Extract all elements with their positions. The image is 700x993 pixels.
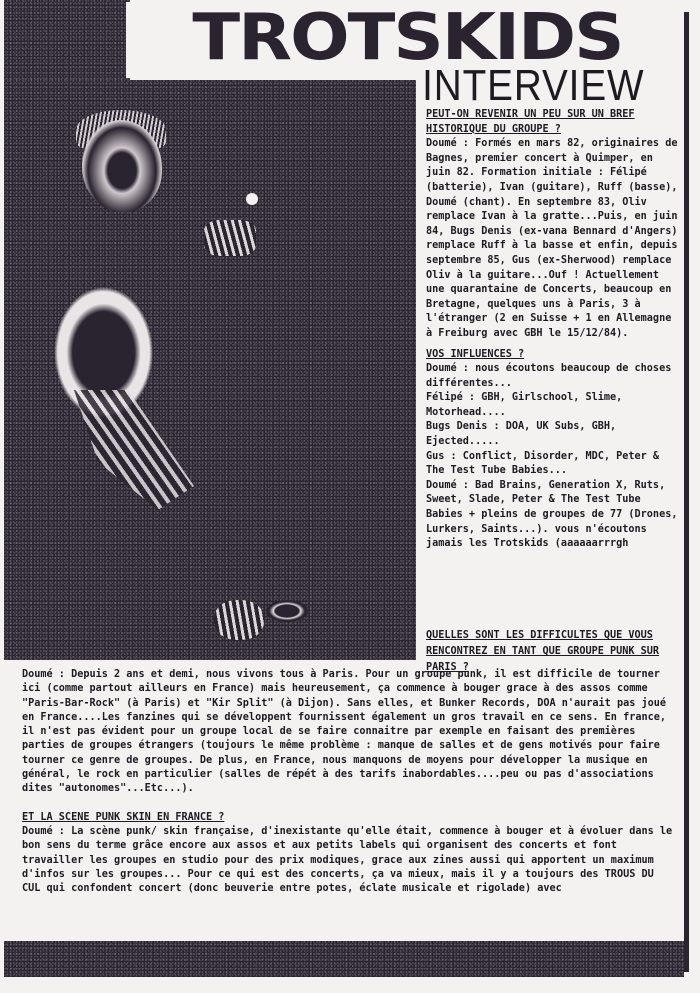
dark-bottom-strip: [4, 941, 684, 977]
influence-line: Gus : Conflict, Disorder, MDC, Peter & T…: [426, 450, 682, 479]
question-scene: ET LA SCENE PUNK SKIN EN FRANCE ?: [22, 811, 677, 825]
answer-scene: Doumé : La scène punk/ skin française, d…: [22, 825, 677, 896]
answer-difficulties: Doumé : Depuis 2 ans et demi, nous vivon…: [22, 668, 677, 797]
right-border-rule: [684, 12, 689, 972]
influence-line: Bugs Denis : DOA, UK Subs, GBH, Ejected.…: [426, 420, 682, 449]
band-live-photo: [4, 80, 416, 660]
stage-light: [246, 193, 258, 205]
interview-right-column: PEUT-ON REVENIR UN PEU SUR UN BREF HISTO…: [426, 108, 682, 552]
influence-line: Doumé : nous écoutons beaucoup de choses…: [426, 362, 682, 391]
singer-head: [82, 120, 162, 212]
answer-history: Doumé : Formés en mars 82, originaires d…: [426, 137, 682, 341]
influence-line: Félipé : GBH, Girlschool, Slime, Motorhe…: [426, 391, 682, 420]
page-subtitle: INTERVIEW: [418, 62, 649, 110]
question-history: PEUT-ON REVENIR UN PEU SUR UN BREF HISTO…: [426, 108, 682, 137]
dark-photo-strip: [4, 0, 130, 82]
interview-bottom-body: Doumé : Depuis 2 ans et demi, nous vivon…: [22, 668, 677, 896]
singer-hand: [204, 220, 256, 256]
influence-line: Doumé : Bad Brains, Generation X, Ruts, …: [426, 479, 682, 552]
question-influences: VOS INFLUENCES ?: [426, 348, 682, 363]
singer-leg: [74, 390, 194, 510]
microphone: [266, 600, 308, 622]
crowd-hand: [214, 600, 264, 640]
